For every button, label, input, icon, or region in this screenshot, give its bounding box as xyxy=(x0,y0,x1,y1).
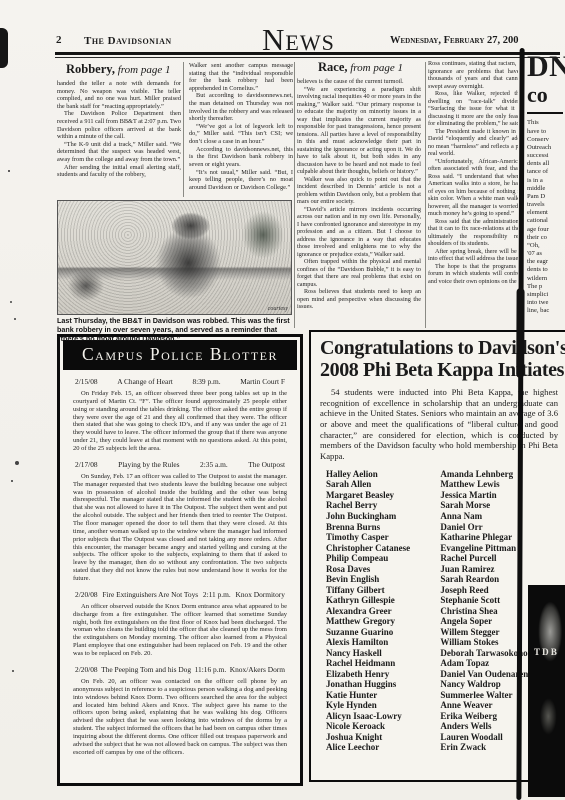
race-column-2-text: Ross continues, stating that racism, pre… xyxy=(428,60,518,285)
text-fragment: successi xyxy=(527,152,565,160)
pbk-name: Philip Compeau xyxy=(326,553,433,564)
phi-beta-kappa-box: Congratulations to Davidson's 2008 Phi B… xyxy=(309,330,565,782)
robbery-paragraph: The Davidson Police Department then rece… xyxy=(57,110,181,140)
blotter-entry-head: 2/20/08 Fire Extinguishers Are Not Toys … xyxy=(75,590,285,599)
pbk-name: Anna Nam xyxy=(440,511,565,522)
next-page-rule xyxy=(527,112,563,114)
race-paragraph: Ross, like Walker, rejected the claim fo… xyxy=(428,90,518,128)
publication-name: The Davidsonian xyxy=(84,35,172,47)
next-page-ad-fragment: T D B xyxy=(528,585,565,663)
robbery-paragraph: But according to davidsonnews.net, the m… xyxy=(189,92,293,122)
race-paragraph: believes is the cause of the current tur… xyxy=(297,78,421,86)
issue-date: Wednesday, February 27, 200 xyxy=(390,35,519,46)
bank-robbery-photo: courtesy xyxy=(57,200,292,315)
pbk-name: Rachel Heidmann xyxy=(326,658,433,669)
robbery-column-2: Walker sent another campus message stati… xyxy=(189,62,293,202)
pbk-name: Kathryn Gillespie xyxy=(326,595,433,606)
entry-location: The Outpost xyxy=(248,460,285,469)
blotter-entry-body: On Friday Feb. 15, an officer observed t… xyxy=(73,390,287,453)
entry-time: 8:39 p.m. xyxy=(192,377,220,386)
column-rule xyxy=(425,62,426,328)
entry-time: 11:16 p.m. xyxy=(195,665,227,674)
text-fragment: Conserv xyxy=(527,136,565,144)
pbk-headline-line2: 2008 Phi Beta Kappa Initiates xyxy=(320,359,565,381)
blotter-entry: 2/17/08 Playing by the Rules 2:35 a.m. T… xyxy=(73,460,287,583)
pbk-name: Katharine Phlegar xyxy=(440,532,565,543)
scan-specks xyxy=(8,170,10,172)
pbk-name: Suzanne Guarino xyxy=(326,627,433,638)
pbk-name: Nicole Keroack xyxy=(326,721,433,732)
text-fragment: “Oh, xyxy=(527,242,565,250)
next-page-text-fragments: Thishave toConservOutreachsuccessidents … xyxy=(527,119,565,315)
next-page-strip: DN co Thishave toConservOutreachsuccessi… xyxy=(527,30,565,330)
text-fragment: cational xyxy=(527,217,565,225)
text-fragment: the eagr xyxy=(527,258,565,266)
pbk-name: Alice Leechor xyxy=(326,742,433,753)
race-paragraph: Walker was also quick to point out that … xyxy=(297,176,421,206)
race-paragraph: Often trapped within the physical and me… xyxy=(297,258,421,288)
next-page-headline-fragment: co xyxy=(527,82,565,108)
pbk-name: Christopher Catanese xyxy=(326,543,433,554)
race-paragraph: Ross continues, stating that racism, pre… xyxy=(428,60,518,90)
pbk-name: Elizabeth Henry xyxy=(326,669,433,680)
pbk-name: Sarah Morse xyxy=(440,500,565,511)
pbk-name: Nancy Haskell xyxy=(326,648,433,659)
race-column-1: believes is the cause of the current tur… xyxy=(297,78,421,328)
next-page-headline-fragment: DN xyxy=(527,52,565,82)
entry-date: 2/20/08 xyxy=(75,590,98,599)
race-paragraph: “We are experiencing a paradigm shift in… xyxy=(297,86,421,176)
entry-location: Martin Court F xyxy=(240,377,285,386)
text-fragment: dents all xyxy=(527,160,565,168)
text-fragment: Pam D xyxy=(527,193,565,201)
blotter-entry: 2/20/08 Fire Extinguishers Are Not Toys … xyxy=(73,590,287,658)
blotter-entry-head: 2/20/08 The Peeping Tom and his Dog 11:1… xyxy=(75,665,285,674)
race-paragraph: After spring break, there will be progra… xyxy=(428,248,518,263)
text-fragment: '07 as xyxy=(527,250,565,258)
column-rule xyxy=(294,62,295,328)
header-rule-thin xyxy=(55,57,560,58)
text-fragment: wildern xyxy=(527,275,565,283)
entry-title: A Change of Heart xyxy=(117,377,173,386)
pbk-name: Alexandra Greer xyxy=(326,606,433,617)
entry-title: Fire Extinguishers Are Not Toys xyxy=(102,590,198,599)
pbk-name: Timothy Casper xyxy=(326,532,433,543)
text-fragment: simplici xyxy=(527,291,565,299)
pbk-headline-line1: Congratulations to Davidson's xyxy=(320,337,565,359)
pbk-name: Halley Aelion xyxy=(326,469,433,480)
text-fragment: dents to xyxy=(527,266,565,274)
pbk-name: Amanda Lehnberg xyxy=(440,469,565,480)
robbery-paragraph: “It’s not usual,” Miller said. “But, I k… xyxy=(189,169,293,192)
pbk-name: Rachel Berry xyxy=(326,500,433,511)
photo-caption: Last Thursday, the BB&T in Davidson was … xyxy=(57,316,293,343)
robbery-paragraph: After sending the initial email alerting… xyxy=(57,164,181,179)
pbk-name: Sarah Allen xyxy=(326,479,433,490)
race-paragraph: The hope is that the programs will creat… xyxy=(428,263,518,286)
robbery-paragraph: “The K-9 unit did a track,” Miller said.… xyxy=(57,141,181,164)
pbk-name: Sarah Reardon xyxy=(440,574,565,585)
text-fragment: middle xyxy=(527,185,565,193)
text-fragment: have to xyxy=(527,128,565,136)
pbk-name: Bevin English xyxy=(326,574,433,585)
race-paragraph: “Unfortunately, African-American men are… xyxy=(428,158,518,218)
page-number: 2 xyxy=(56,34,62,46)
text-fragment: This xyxy=(527,119,565,127)
pbk-name: Kyle Hynden xyxy=(326,700,433,711)
text-fragment: their co xyxy=(527,234,565,242)
robbery-paragraph: According to davidsonnews.net, this is t… xyxy=(189,146,293,169)
pbk-name: Daniel Orr xyxy=(440,522,565,533)
column-rule xyxy=(183,62,184,197)
pbk-name: Katie Hunter xyxy=(326,690,433,701)
blotter-entry-body: On Feb. 20, an officer was contacted on … xyxy=(73,678,287,757)
police-blotter-box: Campus Police Blotter 2/15/08 A Change o… xyxy=(57,334,303,786)
robbery-headline: Robbery, from page 1 xyxy=(66,62,170,77)
photo-credit: courtesy xyxy=(268,306,288,312)
robbery-paragraph: Walker sent another campus message stati… xyxy=(189,62,293,92)
text-fragment: The p xyxy=(527,283,565,291)
race-headline: Race, from page 1 xyxy=(318,60,403,75)
pbk-name: Rosa Daves xyxy=(326,564,433,575)
pbk-name: Tiffany Gilbert xyxy=(326,585,433,596)
next-page-photo: T D B xyxy=(528,585,565,797)
scan-artifact xyxy=(0,28,8,68)
text-fragment: Outreach xyxy=(527,144,565,152)
text-fragment: into twe xyxy=(527,299,565,307)
entry-time: 2:11 p.m. xyxy=(203,590,231,599)
pbk-name: Evangeline Pittman xyxy=(440,543,565,554)
blotter-entry-head: 2/15/08 A Change of Heart 8:39 p.m. Mart… xyxy=(75,377,285,386)
text-fragment: age four xyxy=(527,226,565,234)
robbery-headline-title: Robbery, xyxy=(66,62,115,76)
pbk-name: Matthew Lewis xyxy=(440,479,565,490)
pbk-name: Brenna Burns xyxy=(326,522,433,533)
entry-date: 2/15/08 xyxy=(75,377,98,386)
text-fragment: tance of xyxy=(527,168,565,176)
blotter-entry-body: An officer observed outside the Knox Dor… xyxy=(73,603,287,658)
entry-location: Knox Dormitory xyxy=(235,590,284,599)
entry-title: The Peeping Tom and his Dog xyxy=(101,665,191,674)
robbery-headline-jump: from page 1 xyxy=(115,64,171,76)
pbk-name: Alicyn Isaac-Lowry xyxy=(326,711,433,722)
entry-time: 2:35 a.m. xyxy=(200,460,228,469)
race-column-2: Ross continues, stating that racism, pre… xyxy=(428,60,518,328)
pbk-name: Rachel Purcell xyxy=(440,553,565,564)
masthead: 2 The Davidsonian News Wednesday, Februa… xyxy=(50,26,565,52)
pbk-name: Juan Ramirez xyxy=(440,564,565,575)
entry-location: Knox/Akers Dorm xyxy=(230,665,285,674)
pbk-name: Jessica Martin xyxy=(440,490,565,501)
pbk-name: Matthew Gregory xyxy=(326,616,433,627)
pbk-names-left: Halley AelionSarah AllenMargaret Beasley… xyxy=(326,469,433,753)
race-paragraph: The President made it known in the event… xyxy=(428,128,518,158)
entry-date: 2/17/08 xyxy=(75,460,98,469)
robbery-paragraph: handed the teller a note with demands fo… xyxy=(57,80,181,110)
race-headline-jump: from page 1 xyxy=(348,62,404,74)
race-paragraph: Ross believes that students need to keep… xyxy=(297,288,421,311)
blotter-entry: 2/15/08 A Change of Heart 8:39 p.m. Mart… xyxy=(73,377,287,453)
blotter-entry: 2/20/08 The Peeping Tom and his Dog 11:1… xyxy=(73,665,287,757)
race-headline-title: Race, xyxy=(318,60,348,74)
pbk-name: Margaret Beasley xyxy=(326,490,433,501)
pbk-name: Alexis Hamilton xyxy=(326,637,433,648)
newspaper-page: 2 The Davidsonian News Wednesday, Februa… xyxy=(0,0,565,800)
text-fragment: line, bac xyxy=(527,307,565,315)
blotter-entry-head: 2/17/08 Playing by the Rules 2:35 a.m. T… xyxy=(75,460,285,469)
text-fragment: element xyxy=(527,209,565,217)
robbery-column-1: handed the teller a note with demands fo… xyxy=(57,80,181,202)
pbk-name: John Buckingham xyxy=(326,511,433,522)
entry-date: 2/20/08 xyxy=(75,665,98,674)
robbery-paragraph: “We’ve got a lot of legwork left to do,”… xyxy=(189,123,293,146)
text-fragment: travels xyxy=(527,201,565,209)
entry-title: Playing by the Rules xyxy=(118,460,179,469)
race-paragraph: Ross said that the administration has do… xyxy=(428,218,518,248)
pbk-name: Joshua Knight xyxy=(326,732,433,743)
blotter-entry-body: On Sunday, Feb. 17 an officer was called… xyxy=(73,473,287,583)
header-rule-thick xyxy=(55,52,560,55)
police-blotter-header: Campus Police Blotter xyxy=(63,340,297,370)
race-paragraph: “David’s article mirrors incidents occur… xyxy=(297,206,421,259)
pbk-name: Jonathan Huggins xyxy=(326,679,433,690)
text-fragment: is in a xyxy=(527,177,565,185)
